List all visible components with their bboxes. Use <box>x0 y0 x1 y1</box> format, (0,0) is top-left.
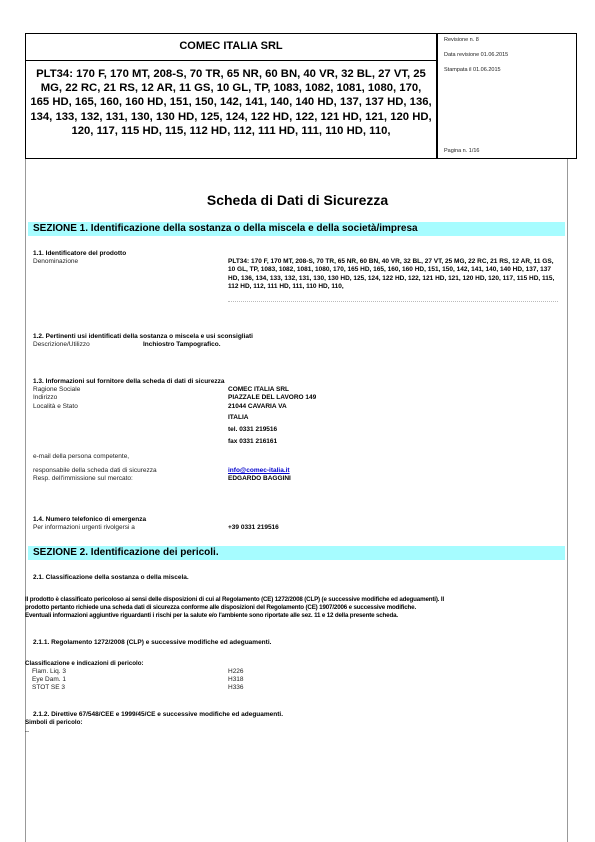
subsection-1-2-title: 1.2. Pertinenti usi identificati della s… <box>33 333 253 340</box>
hazard-code-1: H226 <box>228 668 244 675</box>
email-label-line-2: responsabile della scheda dati di sicure… <box>33 467 157 474</box>
email-link[interactable]: info@comec-italia.it <box>228 467 290 474</box>
hazard-symbols-label: Simboli di pericolo: <box>25 719 82 727</box>
country-value: ITALIA <box>228 414 248 421</box>
subsection-2-1-1-title: 2.1.1. Regolamento 1272/2008 (CLP) e suc… <box>33 639 271 646</box>
use-value: Inchiostro Tampografico. <box>143 341 221 348</box>
subsection-1-1-title: 1.1. Identificatore del prodotto <box>33 250 126 257</box>
hazard-class-2: Eye Dam. 1 <box>32 676 66 683</box>
supplier-label: Ragione Sociale <box>33 386 80 393</box>
subsection-1-4-title: 1.4. Numero telefonico di emergenza <box>33 516 146 523</box>
subsection-2-1-2-title: 2.1.2. Direttive 67/548/CEE e 1999/45/CE… <box>33 711 283 718</box>
revision-box: Revisione n. 8 Data revisione 01.06.2015… <box>437 33 577 159</box>
product-name-label: Denominazione <box>33 258 78 265</box>
hazard-class-1: Flam. Liq. 3 <box>32 668 66 675</box>
hazard-symbols-value: -- <box>25 728 29 736</box>
revision-number: Revisione n. 8 <box>444 37 479 43</box>
print-date: Stampata il 01.06.2015 <box>444 67 501 73</box>
section-1-heading: SEZIONE 1. Identificazione della sostanz… <box>28 222 565 236</box>
emergency-phone: +39 0331 219516 <box>228 524 279 531</box>
subsection-1-3-title: 1.3. Informazioni sul fornitore della sc… <box>33 378 224 385</box>
page-border-left <box>25 159 26 842</box>
company-name: COMEC ITALIA SRL <box>26 40 436 52</box>
document-title: Scheda di Dati di Sicurezza <box>0 192 595 208</box>
revision-date: Data revisione 01.06.2015 <box>444 52 508 58</box>
telephone-value: tel. 0331 219516 <box>228 426 277 433</box>
fax-value: fax 0331 216161 <box>228 438 277 445</box>
hazard-class-3: STOT SE 3 <box>32 684 65 691</box>
hazard-code-3: H336 <box>228 684 244 691</box>
address-value: PIAZZALE DEL LAVORO 149 <box>228 394 316 401</box>
header-divider <box>26 60 436 61</box>
section-2-heading: SEZIONE 2. Identificazione dei pericoli. <box>28 546 565 560</box>
subsection-2-1-title: 2.1. Classificazione della sostanza o de… <box>33 574 189 581</box>
header-box: COMEC ITALIA SRL PLT34: 170 F, 170 MT, 2… <box>25 33 437 159</box>
page-number: Pagina n. 1/16 <box>444 148 479 154</box>
classification-text-3: Eventuali informazioni aggiuntive riguar… <box>25 612 575 620</box>
use-label: Descrizione/Utilizzo <box>33 341 90 348</box>
responsible-value: EDGARDO BAGGINI <box>228 475 291 482</box>
product-name-value: PLT34: 170 F, 170 MT, 208-S, 70 TR, 65 N… <box>228 258 560 291</box>
responsible-label: Resp. dell'immissione sul mercato: <box>33 475 133 482</box>
product-list: PLT34: 170 F, 170 MT, 208-S, 70 TR, 65 N… <box>30 67 432 138</box>
supplier-value: COMEC ITALIA SRL <box>228 386 289 393</box>
location-value: 21044 CAVARIA VA <box>228 403 287 410</box>
location-label: Località e Stato <box>33 403 78 410</box>
address-label: Indirizzo <box>33 394 57 401</box>
fine-print-line <box>228 301 558 304</box>
email-label-line-1: e-mail della persona competente, <box>33 453 129 460</box>
hazard-code-2: H318 <box>228 676 244 683</box>
emergency-label: Per informazioni urgenti rivolgersi a <box>33 524 135 531</box>
page-border-right <box>567 159 568 842</box>
